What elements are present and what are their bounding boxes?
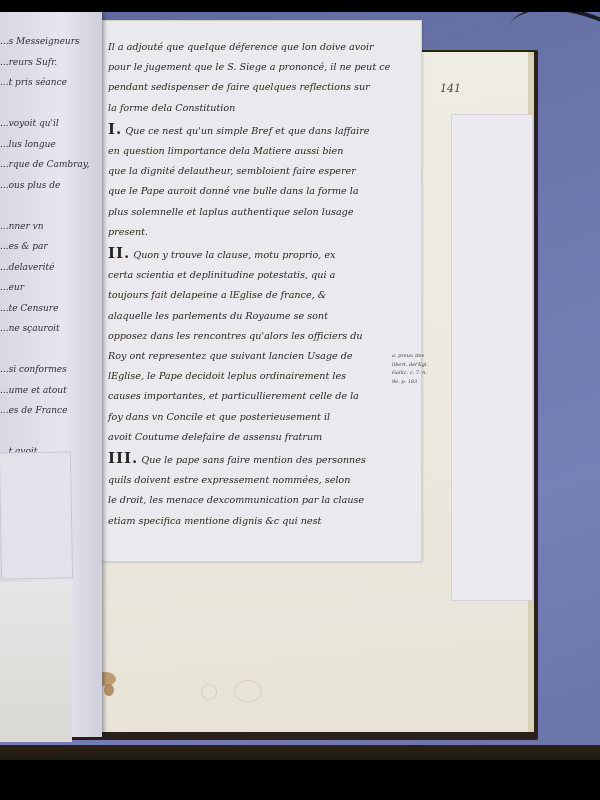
text-line: present. <box>108 223 408 243</box>
text-line: alaquelle les parlements du Royaume se s… <box>108 307 408 327</box>
margin-note-line: a. preuv. des <box>392 352 428 361</box>
text-line: la forme dela Constitution <box>108 99 408 119</box>
text-line: ...es de France <box>0 401 100 422</box>
text-line: ...s Messeigneurs <box>0 32 100 53</box>
text-line: ...voyoit qu'il <box>0 114 100 135</box>
text-line: toujours fait delapeine a lEglise de fra… <box>108 286 408 306</box>
text-line: ...si conformes <box>0 360 100 381</box>
text-line <box>0 340 100 361</box>
margin-note-line: Gallic. c. 7. n. <box>392 369 428 378</box>
text-line <box>0 196 100 217</box>
text-line: Il a adjouté que quelque déference que l… <box>108 38 408 58</box>
text-line: pendant sedispenser de faire quelques re… <box>108 78 408 98</box>
left-page-lower-leaves <box>0 582 72 742</box>
text-line: opposez dans les rencontres qu'alors les… <box>108 327 408 347</box>
margin-note-line: libert. del'Egl. <box>392 361 428 370</box>
inserted-sheet-edge <box>451 114 533 601</box>
margin-note: a. preuv. des libert. del'Egl. Gallic. c… <box>392 352 428 386</box>
text-line <box>0 94 100 115</box>
text-line: ...rque de Cambray, <box>0 155 100 176</box>
section-3-first-line: III. Que le pape sans faire mention des … <box>108 448 408 471</box>
text-line: ...eur <box>0 278 100 299</box>
section-2-first-line: II. Quon y trouve la clause, motu propri… <box>108 243 408 266</box>
manuscript-text: Il a adjouté que quelque déference que l… <box>108 38 408 532</box>
text-line: Roy ont representez que suivant lancien … <box>108 347 408 367</box>
text-line: lEglise, le Pape decidoit leplus ordinai… <box>108 367 408 387</box>
text-line <box>0 422 100 443</box>
text-line: ...ume et atout <box>0 381 100 402</box>
text-line: ...es & par <box>0 237 100 258</box>
text-line: foy dans vn Concile et que posterieuseme… <box>108 408 408 428</box>
text-line: pour le jugement que le S. Siege a prono… <box>108 58 408 78</box>
text-line: ...reurs Sufr. <box>0 53 100 74</box>
text-line: que la dignité delautheur, sembloient fa… <box>108 162 408 182</box>
text-line: le droit, les menace dexcommunication pa… <box>108 491 408 511</box>
text-line: quils doivent estre expressement nommées… <box>108 471 408 491</box>
letterbox-top <box>0 0 600 12</box>
text-line: avoit Coutume delefaire de assensu fratr… <box>108 428 408 448</box>
photo-scene: 141 Il a adjouté que quelque déference q… <box>0 0 600 800</box>
water-stain <box>234 680 262 702</box>
foxing-stain <box>104 684 114 696</box>
text-line: ...ne sçauroit <box>0 319 100 340</box>
left-facing-page: ...s Messeigneurs ...reurs Sufr. ...t pr… <box>0 12 102 737</box>
letterbox-bottom <box>0 760 600 800</box>
text-line: etiam specifica mentione dignis &c qui n… <box>108 512 408 532</box>
text-line: ...ous plus de <box>0 176 100 197</box>
text-line: ...nner vn <box>0 217 100 238</box>
section-1-first-line: I. Que ce nest qu'un simple Bref et que … <box>108 119 408 142</box>
folded-slip <box>0 451 73 579</box>
text-line: ...t pris séance <box>0 73 100 94</box>
section-numeral: II. <box>108 244 130 262</box>
text-line: en question limportance dela Matiere aus… <box>108 142 408 162</box>
margin-note-line: 9e. p. 183 <box>392 378 428 387</box>
section-numeral: III. <box>108 449 138 467</box>
text-line: ...lus longue <box>0 135 100 156</box>
water-stain <box>201 684 217 700</box>
text-line: que le Pape auroit donné vne bulle dans … <box>108 182 408 202</box>
section-numeral: I. <box>108 120 122 138</box>
text-line: certa scientia et deplinitudine potestat… <box>108 266 408 286</box>
text-line: ...delaverité <box>0 258 100 279</box>
folio-number: 141 <box>440 82 461 95</box>
text-line: ...te Censure <box>0 299 100 320</box>
text-line: causes importantes, et particullierement… <box>108 387 408 407</box>
text-line: plus solemnelle et laplus authentique se… <box>108 203 408 223</box>
